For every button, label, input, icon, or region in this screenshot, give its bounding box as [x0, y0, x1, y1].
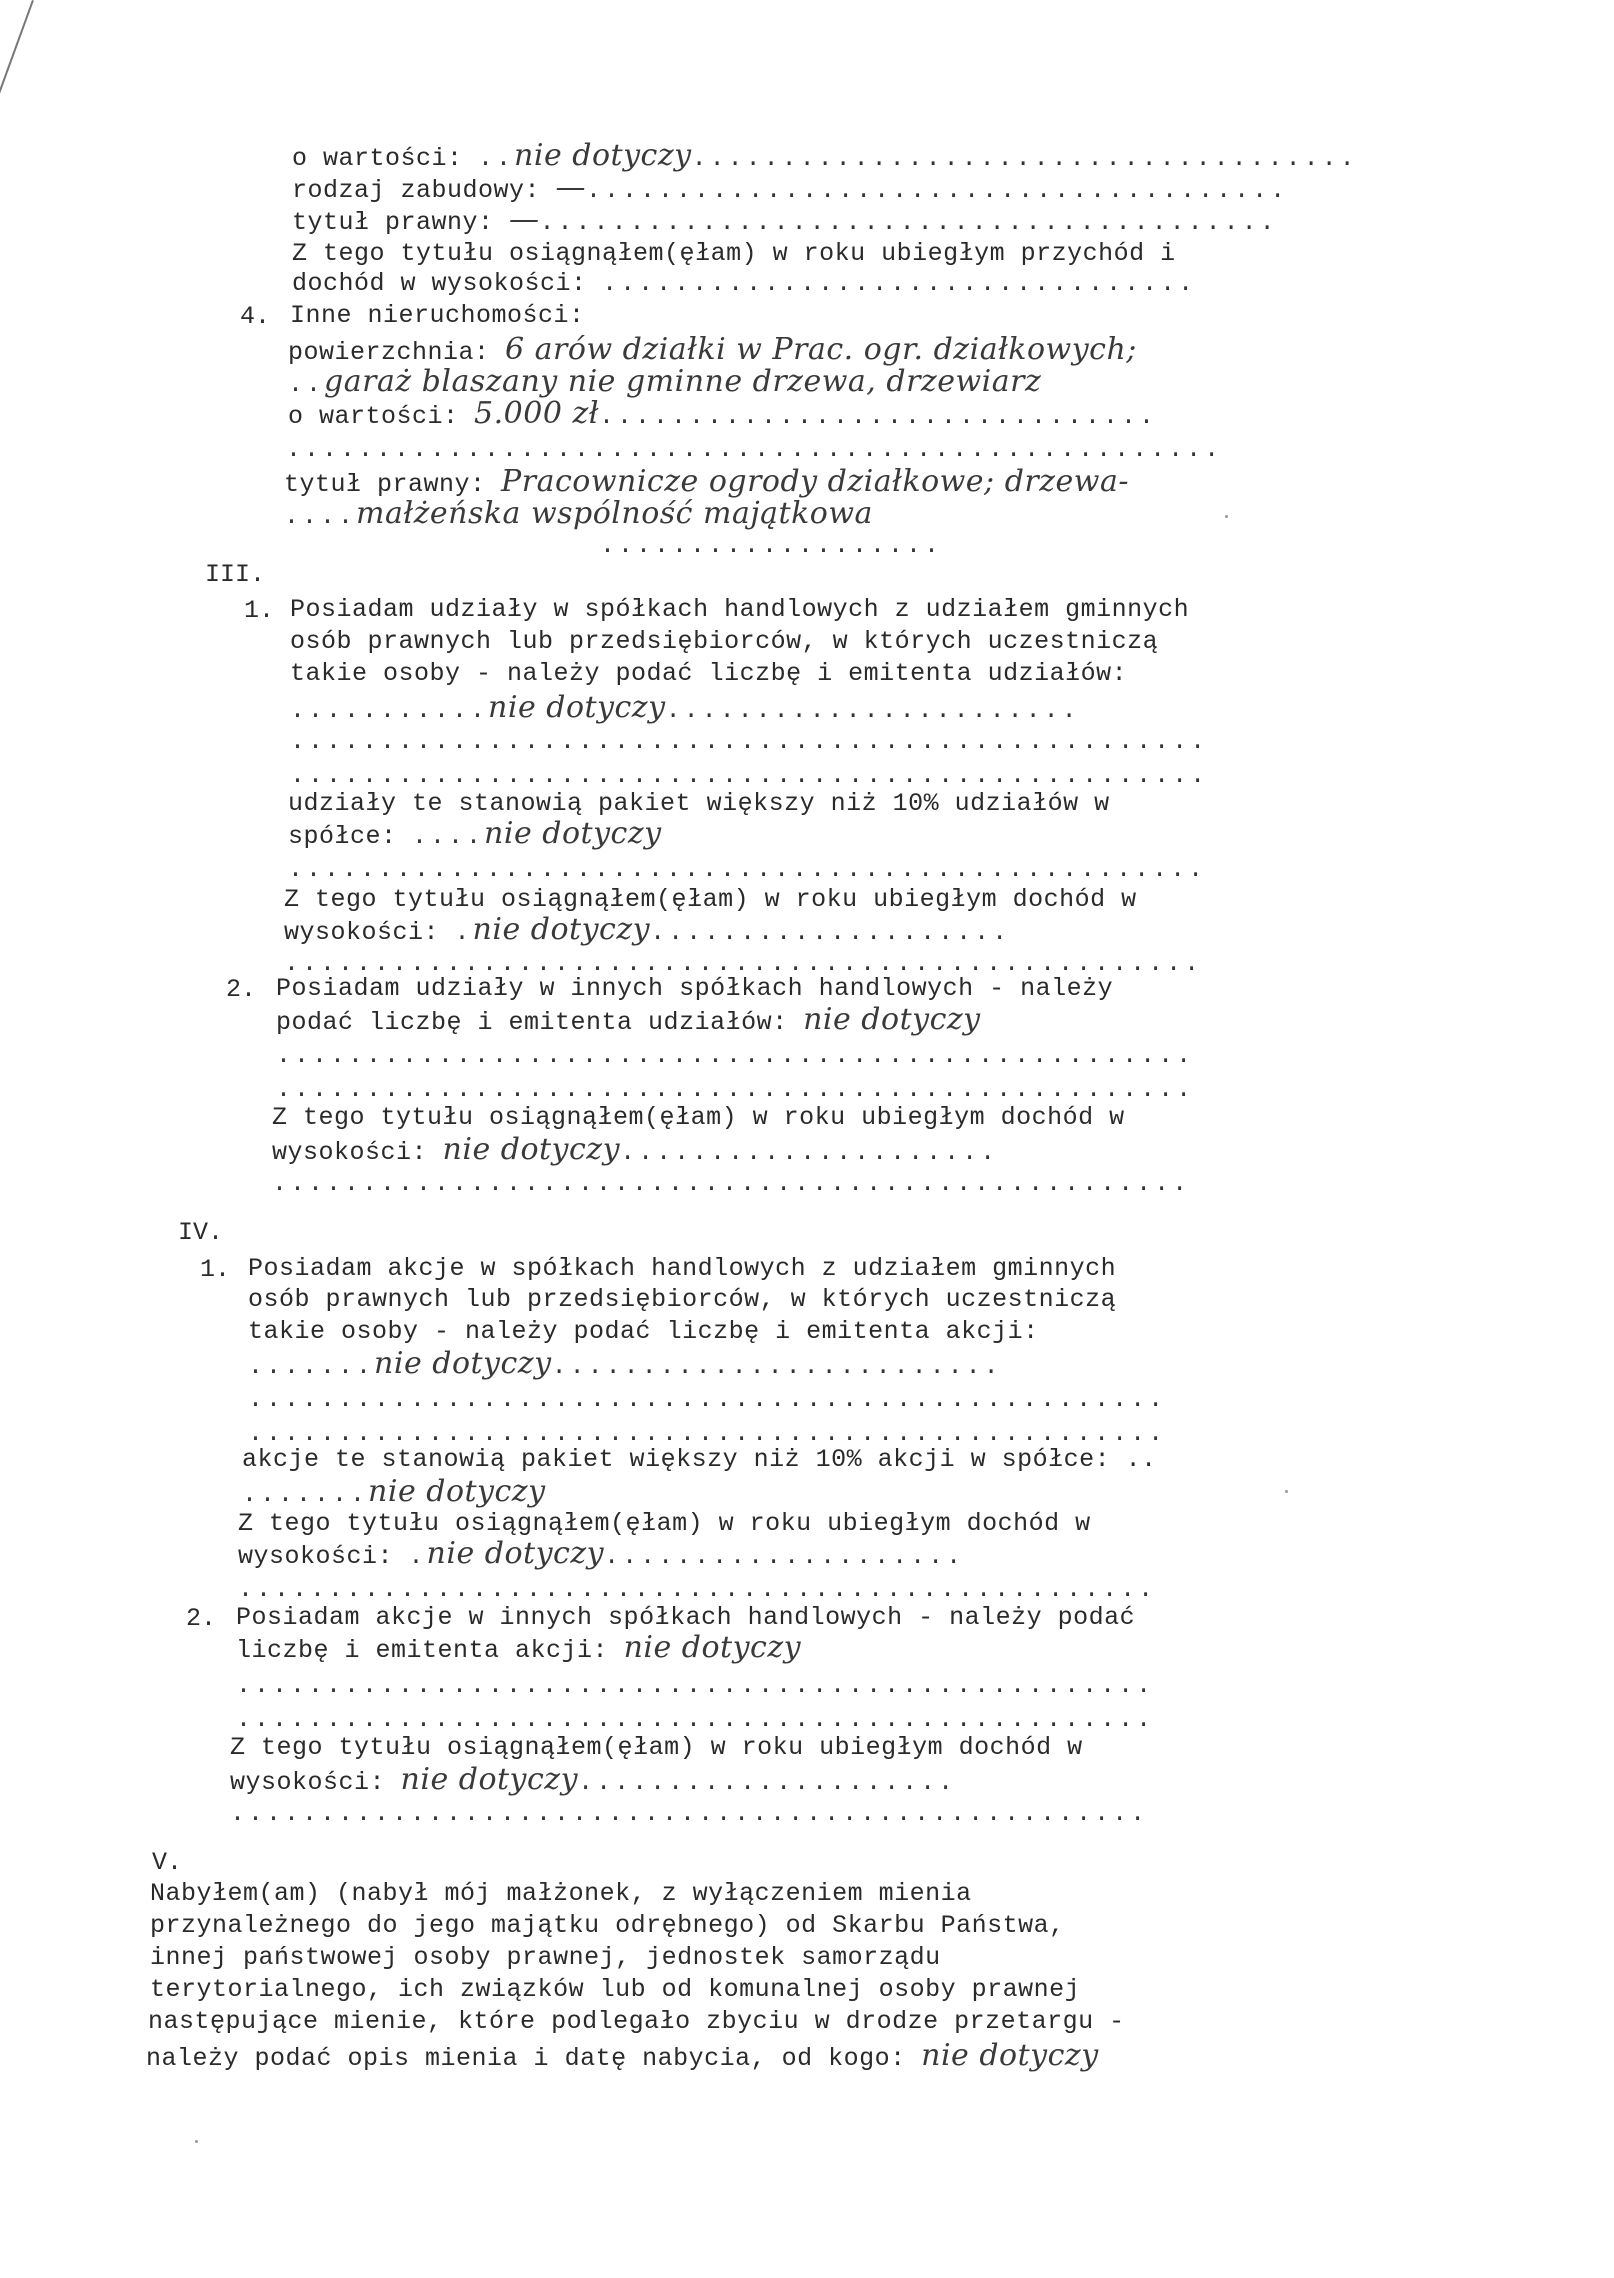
item-number: 2. [226, 975, 256, 1004]
item-number: 1. [200, 1255, 230, 1284]
legal-title-line-3: ....małżeńska wspólność majątkowa [284, 500, 873, 531]
answer-line: podać liczbę i emitenta udziałów: nie do… [276, 1006, 981, 1037]
paragraph-line: przynależnego do jego majątku odrębnego)… [150, 1912, 1065, 1940]
item-text: Posiadam akcje w innych spółkach handlow… [236, 1604, 1135, 1632]
area-line-2: ..garaż blaszany nie gminne drzewa, drze… [288, 368, 1041, 399]
dotted-line: ........................................… [276, 1076, 1194, 1104]
dotted-line: ........................................… [230, 1800, 1148, 1828]
paragraph-line: innej państwowej osoby prawnej, jednoste… [150, 1944, 941, 1972]
dotted-line: ........................................… [286, 436, 1222, 464]
value-line-2: o wartości: 5.000 zł....................… [288, 400, 1157, 431]
margin-pen-stroke [0, 0, 34, 165]
answer-line: wysokości: .nie dotyczy.................… [284, 916, 1010, 947]
answer-line: wysokości: nie dotyczy..................… [272, 1136, 998, 1167]
document-page: o wartości: ..nie dotyczy...............… [0, 0, 1614, 2278]
income-line: Z tego tytułu osiągnąłem(ęłam) w roku ub… [292, 240, 1176, 268]
answer-line: .......nie dotyczy [242, 1478, 546, 1509]
item-text: osób prawnych lub przedsiębiorców, w któ… [290, 628, 1158, 656]
handwritten-answer: nie dotyczy [514, 138, 692, 173]
item-text: osób prawnych lub przedsiębiorców, w któ… [248, 1286, 1116, 1314]
dotted-line: ........................................… [276, 1042, 1194, 1070]
item-text: udziały te stanowią pakiet większy niż 1… [288, 790, 1110, 818]
answer-line: ...........nie dotyczy..................… [290, 694, 1080, 725]
scan-speck [195, 2140, 198, 2143]
scan-speck [1285, 1490, 1288, 1493]
answer-line: wysokości: .nie dotyczy.................… [238, 1540, 964, 1571]
dotted-line: ........................................… [290, 762, 1208, 790]
dotted-line: ........................................… [288, 856, 1206, 884]
legal-title-line-2: tytuł prawny: Pracownicze ogrody działko… [284, 468, 1129, 499]
paragraph-line: następujące mienie, które podlegało zbyc… [148, 2008, 1125, 2036]
item-number: 4. [240, 302, 270, 331]
item-text: takie osoby - należy podać liczbę i emit… [248, 1318, 1039, 1346]
building-type-line: rodzaj zabudowy: —......................… [292, 174, 1288, 205]
answer-line: spółce: ....nie dotyczy [288, 820, 662, 851]
dotted-line: ........................................… [272, 1170, 1190, 1198]
legal-title-line: tytuł prawny: —.........................… [292, 206, 1278, 237]
item-text: Posiadam udziały w spółkach handlowych z… [290, 596, 1189, 624]
item-text: Z tego tytułu osiągnąłem(ęłam) w roku ub… [284, 886, 1137, 914]
scan-speck [1225, 515, 1228, 518]
answer-line: należy podać opis mienia i datę nabycia,… [146, 2042, 1099, 2073]
item-number: 2. [186, 1604, 216, 1633]
dotted-line: ........................................… [248, 1386, 1166, 1414]
item-text: takie osoby - należy podać liczbę i emit… [290, 660, 1127, 688]
other-real-estate-title: Inne nieruchomości: [290, 302, 585, 330]
dotted-line: ........................................… [238, 1576, 1156, 1604]
paragraph-line: Nabyłem(am) (nabył mój małżonek, z wyłąc… [150, 1880, 972, 1908]
answer-line: .......nie dotyczy......................… [248, 1350, 1002, 1381]
section-heading-V: V. [152, 1848, 182, 1877]
answer-line: wysokości: nie dotyczy..................… [230, 1766, 956, 1797]
item-text: Posiadam udziały w innych spółkach handl… [276, 975, 1113, 1003]
item-text: Posiadam akcje w spółkach handlowych z u… [248, 1255, 1116, 1283]
dotted-line: ........................................… [248, 1420, 1166, 1448]
income-line-2: dochód w wysokości: ....................… [292, 270, 1196, 298]
section-heading-IV: IV. [178, 1218, 223, 1247]
answer-line: liczbę i emitenta akcji: nie dotyczy [236, 1634, 801, 1665]
dotted-line: ........................................… [236, 1706, 1154, 1734]
item-text: Z tego tytułu osiągnąłem(ęłam) w roku ub… [272, 1104, 1125, 1132]
item-number: 1. [244, 596, 274, 625]
paragraph-line: terytorialnego, ich związków lub od komu… [150, 1976, 1080, 2004]
item-text: Z tego tytułu osiągnąłem(ęłam) w roku ub… [230, 1734, 1083, 1762]
item-text: akcje te stanowią pakiet większy niż 10%… [242, 1446, 1157, 1474]
dotted-line: ........................................… [236, 1672, 1154, 1700]
value-line: o wartości: ..nie dotyczy...............… [292, 142, 1358, 173]
dotted-line: ........................................… [290, 728, 1208, 756]
area-line: powierzchnia: 6 arów działki w Prac. ogr… [288, 336, 1137, 367]
item-text: Z tego tytułu osiągnąłem(ęłam) w roku ub… [238, 1510, 1091, 1538]
section-heading-III: III. [205, 560, 265, 589]
dotted-line: ................... [600, 532, 942, 560]
